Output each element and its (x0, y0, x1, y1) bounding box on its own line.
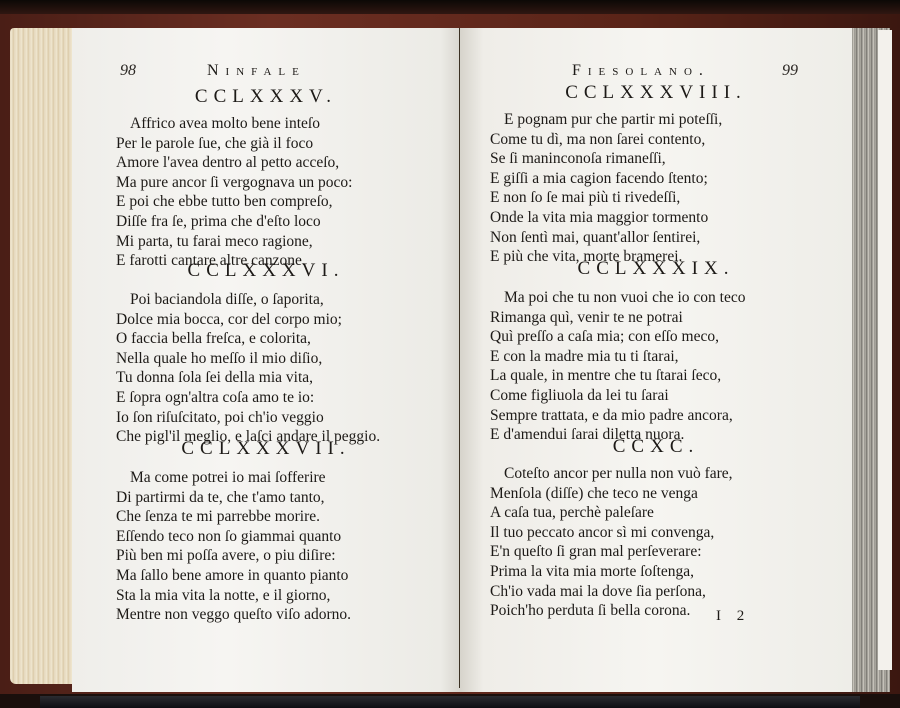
verse-line: Quì preſſo a caſa mia; con eſſo meco, (490, 327, 745, 347)
verse-line: Per le parole ſue, che già il foco (116, 134, 352, 154)
verse-line: Io ſon riſuſcitato, poi ch'io veggio (116, 408, 380, 428)
verse-line: Mi parta, tu farai meco ragione, (116, 232, 352, 252)
verse-line: E giſſi a mia cagion facendo ſtento; (490, 169, 722, 189)
verse-line: A caſa tua, perchè paleſare (490, 503, 733, 523)
verse-line: Poich'ho perduta ſi bella corona. (490, 601, 733, 621)
verse-line: Non ſentì mai, quant'allor ſentirei, (490, 228, 722, 248)
verse-line: Ma come potrei io mai ſofferire (116, 468, 351, 488)
stanza-number: CCXC. (460, 436, 852, 458)
verse-line: Coteſto ancor per nulla non vuò fare, (490, 464, 733, 484)
verse-line: E'n queſto ſi gran mal perſeverare: (490, 542, 733, 562)
left-page: 98 Ninfale CCLXXXV. Affrico avea molto b… (72, 28, 460, 692)
left-page-edges (10, 28, 72, 684)
verse-line: Come figliuola da lei tu ſarai (490, 386, 745, 406)
signature-mark: I 2 (716, 608, 750, 625)
verse-line: Sempre trattata, e da mio padre ancora, (490, 406, 745, 426)
stanza-number: CCLXXXVII. (72, 438, 460, 460)
verse-line: Se ſi maninconoſa rimaneſſi, (490, 149, 722, 169)
verse-line: O faccia bella freſca, e colorita, (116, 329, 380, 349)
stanza-text: Coteſto ancor per nulla non vuò fare, Me… (490, 464, 733, 621)
running-head-right: Fiesolano. (572, 62, 710, 80)
verse-line: Mentre non veggo queſto viſo adorno. (116, 605, 351, 625)
right-endpaper (878, 30, 892, 670)
verse-line: Dolce mia bocca, cor del corpo mio; (116, 310, 380, 330)
verse-line: Ma ſallo bene amore in quanto pianto (116, 566, 351, 586)
stanza-number: CCLXXXVI. (72, 260, 460, 282)
stanza-text: E pognam pur che partir mi poteſſi, Come… (490, 110, 722, 267)
page-number-left: 98 (120, 62, 136, 80)
verse-line: E poi che ebbe tutto ben compreſo, (116, 192, 352, 212)
verse-line: E ſopra ogn'altra coſa amo te io: (116, 388, 380, 408)
verse-line: Ch'io vada mai la dove ſia perſona, (490, 582, 733, 602)
stanza-text: Poi baciandola diſſe, o ſaporita, Dolce … (116, 290, 380, 447)
stanza-number: CCLXXXVIII. (460, 82, 852, 104)
stanza-number: CCLXXXV. (72, 86, 460, 108)
verse-line: Sta la mia vita la notte, e il giorno, (116, 586, 351, 606)
right-page: Fiesolano. 99 CCLXXXVIII. E pognam pur c… (460, 28, 852, 692)
verse-line: Il tuo peccato ancor sì mi convenga, (490, 523, 733, 543)
verse-line: Come tu dì, ma non ſarei contento, (490, 130, 722, 150)
verse-line: Di partirmi da te, che t'amo tanto, (116, 488, 351, 508)
verse-line: Eſſendo teco non ſo giammai quanto (116, 527, 351, 547)
stanza-text: Ma come potrei io mai ſofferire Di parti… (116, 468, 351, 625)
verse-line: Ma pure ancor ſi vergognava un poco: (116, 173, 352, 193)
verse-line: E non ſo ſe mai più ti rivedeſſi, (490, 188, 722, 208)
verse-line: E con la madre mia tu ti ſtarai, (490, 347, 745, 367)
page-number-right: 99 (782, 62, 798, 80)
stanza-text: Affrico avea molto bene inteſo Per le pa… (116, 114, 352, 271)
verse-line: Poi baciandola diſſe, o ſaporita, (116, 290, 380, 310)
verse-line: Ma poi che tu non vuoi che io con teco (490, 288, 745, 308)
verse-line: Tu donna ſola ſei della mia vita, (116, 368, 380, 388)
stanza-number: CCLXXXIX. (460, 258, 852, 280)
verse-line: Che ſenza te mi parrebbe morire. (116, 507, 351, 527)
verse-line: Onde la vita mia maggior tormento (490, 208, 722, 228)
running-head-left: Ninfale (207, 62, 306, 80)
verse-line: E pognam pur che partir mi poteſſi, (490, 110, 722, 130)
verse-line: Nella quale ho meſſo il mio diſio, (116, 349, 380, 369)
verse-line: Amore l'avea dentro al petto acceſo, (116, 153, 352, 173)
verse-line: Menſola (diſſe) che teco ne venga (490, 484, 733, 504)
verse-line: Più ben mi poſſa avere, o piu diſire: (116, 546, 351, 566)
background-bottom-strip (40, 696, 860, 708)
verse-line: La quale, in mentre che tu ſtarai ſeco, (490, 366, 745, 386)
verse-line: Affrico avea molto bene inteſo (116, 114, 352, 134)
stanza-text: Ma poi che tu non vuoi che io con teco R… (490, 288, 745, 445)
verse-line: Prima la vita mia morte ſoſtenga, (490, 562, 733, 582)
verse-line: Rimanga quì, venir te ne potrai (490, 308, 745, 328)
verse-line: Diſſe fra ſe, prima che d'eſto loco (116, 212, 352, 232)
